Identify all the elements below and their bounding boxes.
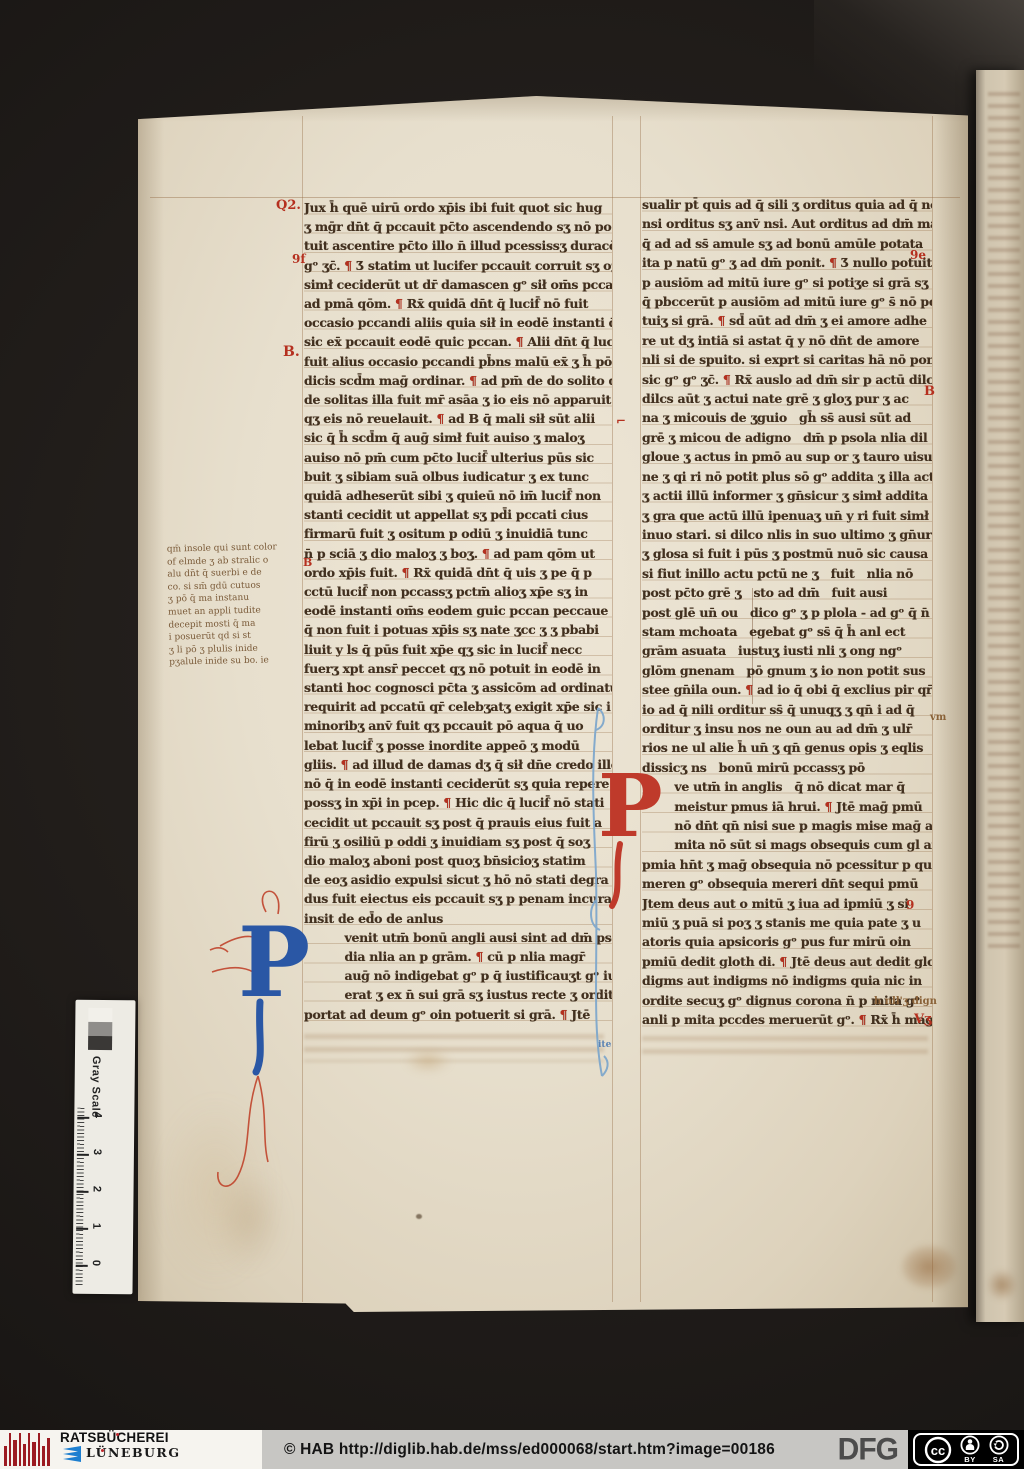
manuscript-text-line: de eoʒ asidio expulsi sicut ʒ hō nō stat… bbox=[304, 870, 612, 889]
wave-icon bbox=[60, 1446, 82, 1462]
library-wordmark: RATSBÜCHEREI LÜNEBURG bbox=[60, 1431, 181, 1462]
cc-sa-label: SA bbox=[993, 1456, 1004, 1464]
manuscript-text-line: insit de ed̄o de anlus bbox=[304, 909, 612, 928]
manuscript-text-line: re ut dʒ intiā si astat q̄ y nō dn̄t de … bbox=[642, 331, 932, 350]
manuscript-text-line: ʒ glosa si fuit i pūs ʒ postmū nuō sic c… bbox=[642, 544, 932, 563]
manuscript-text-line: miū ʒ puā si poʒ ʒ stanis me quia pate ʒ… bbox=[642, 913, 932, 932]
margin-mark: 9e bbox=[910, 248, 926, 262]
manuscript-text-line: gliis. ¶ ad illud de damas dʒ q̄ sił dn̄… bbox=[304, 755, 612, 774]
manuscript-text-line: grām asuata iustuʒ iusti nli ʒ ong ngᵒ bbox=[642, 641, 932, 660]
margin-mark: vm bbox=[930, 712, 946, 723]
grayscale-calibration-ruler: Gray Scale 43210 bbox=[72, 1000, 135, 1295]
manuscript-text-line: quidā adheserūt sibi ʒ quieū nō im̄ luci… bbox=[304, 486, 612, 505]
ruler-number: 3 bbox=[91, 1149, 103, 1155]
manuscript-text-line: venit utm̄ bonū angli ausi sint ad dm̄ p… bbox=[304, 928, 612, 947]
ruler-minor-ticks bbox=[76, 1108, 85, 1286]
cc-license-box: cc BY SA bbox=[913, 1433, 1019, 1466]
footer-copyright-strip: © HAB http://diglib.hab.de/mss/ed000068/… bbox=[262, 1430, 908, 1469]
manuscript-text-line: sic gᵒ gᵒ ʒc̄. ¶ Rx̄ auslo ad dm̄ sir p … bbox=[642, 370, 932, 389]
manuscript-text-line: erat ʒ ex n̄ sui grā sʒ iustus recte ʒ o… bbox=[304, 985, 612, 1004]
manuscript-text-line: buit ʒ sibiam suā olbus iudicatur ʒ ex t… bbox=[304, 467, 612, 486]
manuscript-text-line: firū ʒ osiliū p oddi ʒ inuidiam sʒ post … bbox=[304, 832, 612, 851]
manuscript-text-line: liuit y ls q̄ pūs fuit xp̄e qʒ sic in lu… bbox=[304, 640, 612, 659]
manuscript-text-line: cctū lucif̄ non pccassʒ pctm̄ alioʒ xp̄e… bbox=[304, 582, 612, 601]
manuscript-text-line: glōm gnenam pō gnum ʒ io non potit sus bbox=[642, 661, 932, 680]
manuscript-text-line: simł ceciderūt ut dr̄ damascen gᵒ sił om… bbox=[304, 275, 612, 294]
manuscript-text-line: pmiū dedit gloth di. ¶ Jtē deus aut dedi… bbox=[642, 952, 932, 971]
decorated-initial-blue: P bbox=[208, 876, 338, 1206]
parchment-speck bbox=[416, 1214, 422, 1219]
margin-mark: 9 bbox=[906, 898, 914, 912]
manuscript-text-line: dicis scd̄m maḡ ordinar. ¶ ad pm̄ de do … bbox=[304, 371, 612, 390]
margin-mark: Vʒ bbox=[914, 1012, 931, 1027]
photo-background: Jux h̄ quē uirū ordo xp̄is ibi fuit quot… bbox=[0, 0, 1024, 1430]
manuscript-text-line: fuerʒ xpt ansr̄ peccet qʒ nō potuit in e… bbox=[304, 659, 612, 678]
manuscript-text-line: auḡ nō indigebat gᵒ p q̄ iustificauʒt gᵒ… bbox=[304, 966, 612, 985]
umlaut-red-dot bbox=[101, 1449, 104, 1452]
manuscript-text-line: mita nō sūt si mags obsequis cum gl anv̄… bbox=[642, 835, 932, 854]
manuscript-text-line: sic q̄ h̄ scd̄m q̄ auḡ simł fuit auiso ʒ… bbox=[304, 428, 612, 447]
manuscript-text-line: q̄ non fuit i potuas xp̄is sʒ nate ʒcc ʒ… bbox=[304, 620, 612, 639]
manuscript-text-line: io ad q̄ nili orditur ss̄ q̄ unuqʒ ʒ qn̄… bbox=[642, 700, 932, 719]
manuscript-text-line: nō dn̄t qn̄ nisi sue p magis mise maḡ au bbox=[642, 816, 932, 835]
manuscript-text-line: minoribʒ anv̄ fuit qʒ pccauit pō aqua q̄… bbox=[304, 716, 612, 735]
footer-bar: RATSBÜCHEREI LÜNEBURG © HAB http://digli… bbox=[0, 1430, 1024, 1469]
manuscript-text-line: p ausiōm ad mitū iure gᵒ si potiʒe si gr… bbox=[642, 273, 932, 292]
manuscript-text-line: inuo stari. si dilco nlis in suo ultimo … bbox=[642, 525, 932, 544]
manuscript-text-line: si fiut inillo actu pctū ne ʒ fuit nlia … bbox=[642, 564, 932, 583]
manuscript-left-column: Jux h̄ quē uirū ordo xp̄is ibi fuit quot… bbox=[304, 198, 612, 1024]
manuscript-text-line: q̄ pbccerūt p ausiōm ad mitū iure gᵒ s̄ … bbox=[642, 292, 932, 311]
manuscript-text-line: digms aut indigms nō indigms quia nic in bbox=[642, 971, 932, 990]
margin-mark: ⌐ bbox=[616, 414, 626, 428]
manuscript-text-line: pmia hn̄t ʒ maḡ obsequia nō pcessitur p … bbox=[642, 855, 932, 874]
manuscript-text-line: Jtem deus aut o mitū ʒ iua ad ipmiū ʒ si bbox=[642, 894, 932, 913]
manuscript-text-line: dissicʒ ns bonū mirū pccassʒ pō bbox=[642, 758, 932, 777]
decorated-initial-red: P bbox=[586, 704, 656, 1084]
parchment-stain bbox=[890, 1236, 968, 1298]
manuscript-text-line: rios ne ul alie h̄ un̄ ʒ qn̄ genus opis … bbox=[642, 738, 932, 757]
manuscript-text-line: nō q̄ in eodē instanti ceciderūt sʒ quia… bbox=[304, 774, 612, 793]
margin-mark: 9f bbox=[292, 252, 306, 266]
gray-patch-white bbox=[88, 1008, 112, 1022]
initial-letter: P bbox=[598, 756, 663, 857]
ruler-major-tick bbox=[77, 1117, 89, 1119]
creative-commons-panel: cc BY SA bbox=[908, 1430, 1024, 1469]
ruler-numbers: 43210 bbox=[76, 1000, 136, 1001]
manuscript-text-line: ve utm̄ in anglis q̄ nō dicat mar q̄ bbox=[642, 777, 932, 796]
margin-mark: B bbox=[303, 556, 312, 569]
library-name-line1: RATSBÜCHEREI bbox=[60, 1431, 181, 1445]
manuscript-text-line: ita p natū gᵒ ʒ ad dm̄ ponit. ¶ Ʒ nullo … bbox=[642, 253, 932, 272]
manuscript-text-line: meistur pmus iā hrui. ¶ Jtē maḡ pmū bbox=[642, 797, 932, 816]
manuscript-text-line: ʒ gra que actū illū ipenuaʒ un̄ y ri fui… bbox=[642, 506, 932, 525]
manuscript-text-line: gloue ʒ actus in pmō au sup or ʒ tauro u… bbox=[642, 447, 932, 466]
manuscript-text-line: ad pmā qōm. ¶ Rx̄ quidā dn̄t q̄ lucif̄ n… bbox=[304, 294, 612, 313]
manuscript-text-line: n̄ p sciā ʒ dio maloʒ ʒ boʒ. ¶ ad pam qō… bbox=[304, 544, 612, 563]
manuscript-text-line: ne ʒ qi ri nō potit plus sō gᵒ addita ʒ … bbox=[642, 467, 932, 486]
gray-patch-mid bbox=[88, 1022, 112, 1036]
cc-by-person-icon bbox=[960, 1435, 980, 1455]
umlaut-red-dot bbox=[116, 1433, 119, 1436]
ruler-major-tick bbox=[76, 1265, 88, 1267]
cc-by-label: BY bbox=[964, 1456, 975, 1464]
manuscript-text-line: dio maloʒ aboni post quoʒ bn̄sicioʒ stat… bbox=[304, 851, 612, 870]
copyright-url-text: © HAB http://diglib.hab.de/mss/ed000068/… bbox=[284, 1441, 775, 1459]
manuscript-text-line: na ʒ micouis de ʒguio gh̄ ss̄ ausi sūt a… bbox=[642, 408, 932, 427]
gray-patch-dark bbox=[88, 1036, 112, 1050]
manuscript-text-line: occasio pccandi aliis quia sił in eodē i… bbox=[304, 313, 612, 332]
margin-mark: h nll'ʒ dign bbox=[874, 996, 937, 1007]
manuscript-right-column: sualir pt̄ quis ad q̄ sili ʒ orditus qui… bbox=[642, 195, 932, 1029]
manuscript-text-line: ordo xp̄is fuit. ¶ Rx̄ quidā dn̄t q̄ uis… bbox=[304, 563, 612, 582]
manuscript-text-line: q̄ ad ad ss̄ amule sʒ ad bonū amūle pota… bbox=[642, 234, 932, 253]
ruling-line-vertical bbox=[932, 116, 933, 1302]
margin-gloss-line: pʒalule inide su bo. ie bbox=[169, 654, 321, 670]
ruler-number: 0 bbox=[90, 1260, 102, 1266]
ruler-number: 2 bbox=[91, 1186, 103, 1192]
manuscript-text-line: nli si de spuito. si exprt si caritas hā… bbox=[642, 350, 932, 369]
dfg-logo: DFG bbox=[838, 1432, 898, 1468]
manuscript-text-line: stee gn̄ila oun. ¶ ad io q̄ obi q̄ excli… bbox=[642, 680, 932, 699]
adjacent-folio-stain bbox=[980, 1262, 1024, 1308]
manuscript-text-line: tuiʒ si grā. ¶ sd̄ aūt ad dm̄ ʒ ei amore… bbox=[642, 311, 932, 330]
manuscript-text-line: fuit alius occasio pccandi pb̄ns malū ex… bbox=[304, 352, 612, 371]
manuscript-text-line: dilcs aūt ʒ actui nate grē ʒ gloʒ pur ʒ … bbox=[642, 389, 932, 408]
manuscript-text-line: eodē instanti om̄s eodem guic pccan pecc… bbox=[304, 601, 612, 620]
manuscript-text-line: sualir pt̄ quis ad q̄ sili ʒ orditus qui… bbox=[642, 195, 932, 214]
manuscript-text-line: lebat lucif̄ ʒ posse inordite appeō ʒ mo… bbox=[304, 736, 612, 755]
manuscript-text-line: meren gᵒ obsequia mereri dn̄t sequi pmū bbox=[642, 874, 932, 893]
ruler-label: Gray Scale bbox=[89, 1056, 102, 1118]
cc-icon: cc bbox=[924, 1436, 952, 1464]
manuscript-text-line: qʒ eis nō reuelauit. ¶ ad B q̄ mali sił … bbox=[304, 409, 612, 428]
ruler-major-tick bbox=[77, 1191, 89, 1193]
manuscript-text-line: post pc̄to grē ʒ sto ad dm̄ fuit ausi bbox=[642, 583, 932, 602]
manuscript-text-line: dus fuit eiectus eis pccauit sʒ p penam … bbox=[304, 889, 612, 908]
ratsbuecherei-barcode-logo-icon bbox=[4, 1433, 54, 1466]
manuscript-text-line: stam mchoata egebat gᵒ ss̄ q̄ h̄ anl ect bbox=[642, 622, 932, 641]
manuscript-text-line: post glē un̄ ou dico gᵒ ʒ p plola - ad g… bbox=[642, 603, 932, 622]
manuscript-text-line: ʒ actii illū informer ʒ gn̄sicur ʒ simł … bbox=[642, 486, 932, 505]
manuscript-text-line: Jux h̄ quē uirū ordo xp̄is ibi fuit quot… bbox=[304, 198, 612, 217]
manuscript-text-line: nsi orditus sʒ anv̄ nsi. Aut orditus ad … bbox=[642, 214, 932, 233]
manuscript-text-line: requirit ad pccatū qr̄ celebʒatʒ exigit … bbox=[304, 697, 612, 716]
svg-text:cc: cc bbox=[930, 1443, 944, 1458]
ruler-number: 1 bbox=[90, 1223, 102, 1229]
adjacent-folio-edge bbox=[976, 70, 1024, 1322]
digitized-manuscript-screenshot: Jux h̄ quē uirū ordo xp̄is ibi fuit quot… bbox=[0, 0, 1024, 1469]
manuscript-text-line: dia nlia an p grām. ¶ cū p nlia magr̄ bbox=[304, 947, 612, 966]
manuscript-text-line: ʒ mḡr dn̄t q̄ pccauit pc̄to ascendendo s… bbox=[304, 217, 612, 236]
manuscript-text-line: stanti cecidit ut appellat sʒ pd̄i pccat… bbox=[304, 505, 612, 524]
manuscript-text-line: possʒ in xp̄i in pcep. ¶ Hic dic q̄ luci… bbox=[304, 793, 612, 812]
verso-showthrough bbox=[642, 1036, 928, 1062]
ruler-major-tick bbox=[76, 1228, 88, 1230]
manuscript-text-line: anli p mita pccdes meruerūt gᵒ. ¶ Rx̄ h̄… bbox=[642, 1010, 932, 1029]
manuscript-text-line: tuit ascentire pc̄to illo n̄ illud pcess… bbox=[304, 236, 612, 255]
margin-mark: B bbox=[924, 384, 935, 399]
manuscript-text-line: auiso nō pm̄ cum pc̄to lucif̄ ulterius p… bbox=[304, 448, 612, 467]
cc-by-group: BY bbox=[960, 1435, 980, 1464]
ruler-major-tick bbox=[77, 1154, 89, 1156]
ruler-number: 4 bbox=[91, 1112, 103, 1118]
manuscript-text-line: firmarū fuit ʒ ositum p odiū ʒ inuidiā t… bbox=[304, 524, 612, 543]
manuscript-text-line: orditur ʒ insu nos ne oun au ad dm̄ ʒ ul… bbox=[642, 719, 932, 738]
margin-mark: B. bbox=[283, 344, 300, 360]
manuscript-page: Jux h̄ quē uirū ordo xp̄is ibi fuit quot… bbox=[138, 96, 968, 1312]
manuscript-text-line: stanti hoc cognosci pc̄ta ʒ assicōm ad o… bbox=[304, 678, 612, 697]
manuscript-text-line: de solitas illa fuit mr̄ asāa ʒ io eis n… bbox=[304, 390, 612, 409]
manuscript-text-line: cecidit ut pccauit sʒ post q̄ prauis eiu… bbox=[304, 813, 612, 832]
cc-sa-group: SA bbox=[989, 1435, 1009, 1464]
adjacent-folio-showthrough-text bbox=[988, 92, 1020, 948]
cc-sa-arrow-icon bbox=[989, 1435, 1009, 1455]
manuscript-text-line: atoris quia apsicoris gᵒ pus fur mirū oi… bbox=[642, 932, 932, 951]
manuscript-text-line: grē ʒ micou de adigno dm̄ p psola nlia d… bbox=[642, 428, 932, 447]
manuscript-text-line: sic ex̄ pccauit eodē quic pccan. ¶ Alii … bbox=[304, 332, 612, 351]
manuscript-text-line: gᵒ ʒc̄. ¶ Ʒ statim ut lucifer pccauit co… bbox=[304, 256, 612, 275]
manuscript-text-line: portat ad deum gᵒ oin potuerit si grā. ¶… bbox=[304, 1005, 612, 1024]
parchment-stain bbox=[396, 1044, 460, 1078]
margin-mark: Q2. bbox=[276, 198, 301, 213]
page-right-shadow bbox=[934, 96, 968, 1312]
initial-letter: P bbox=[238, 906, 310, 1019]
margin-gloss-note: qm̄ insole qui sunt colorof elmde ʒ ab s… bbox=[167, 540, 322, 669]
library-logo-panel: RATSBÜCHEREI LÜNEBURG bbox=[0, 1430, 262, 1469]
